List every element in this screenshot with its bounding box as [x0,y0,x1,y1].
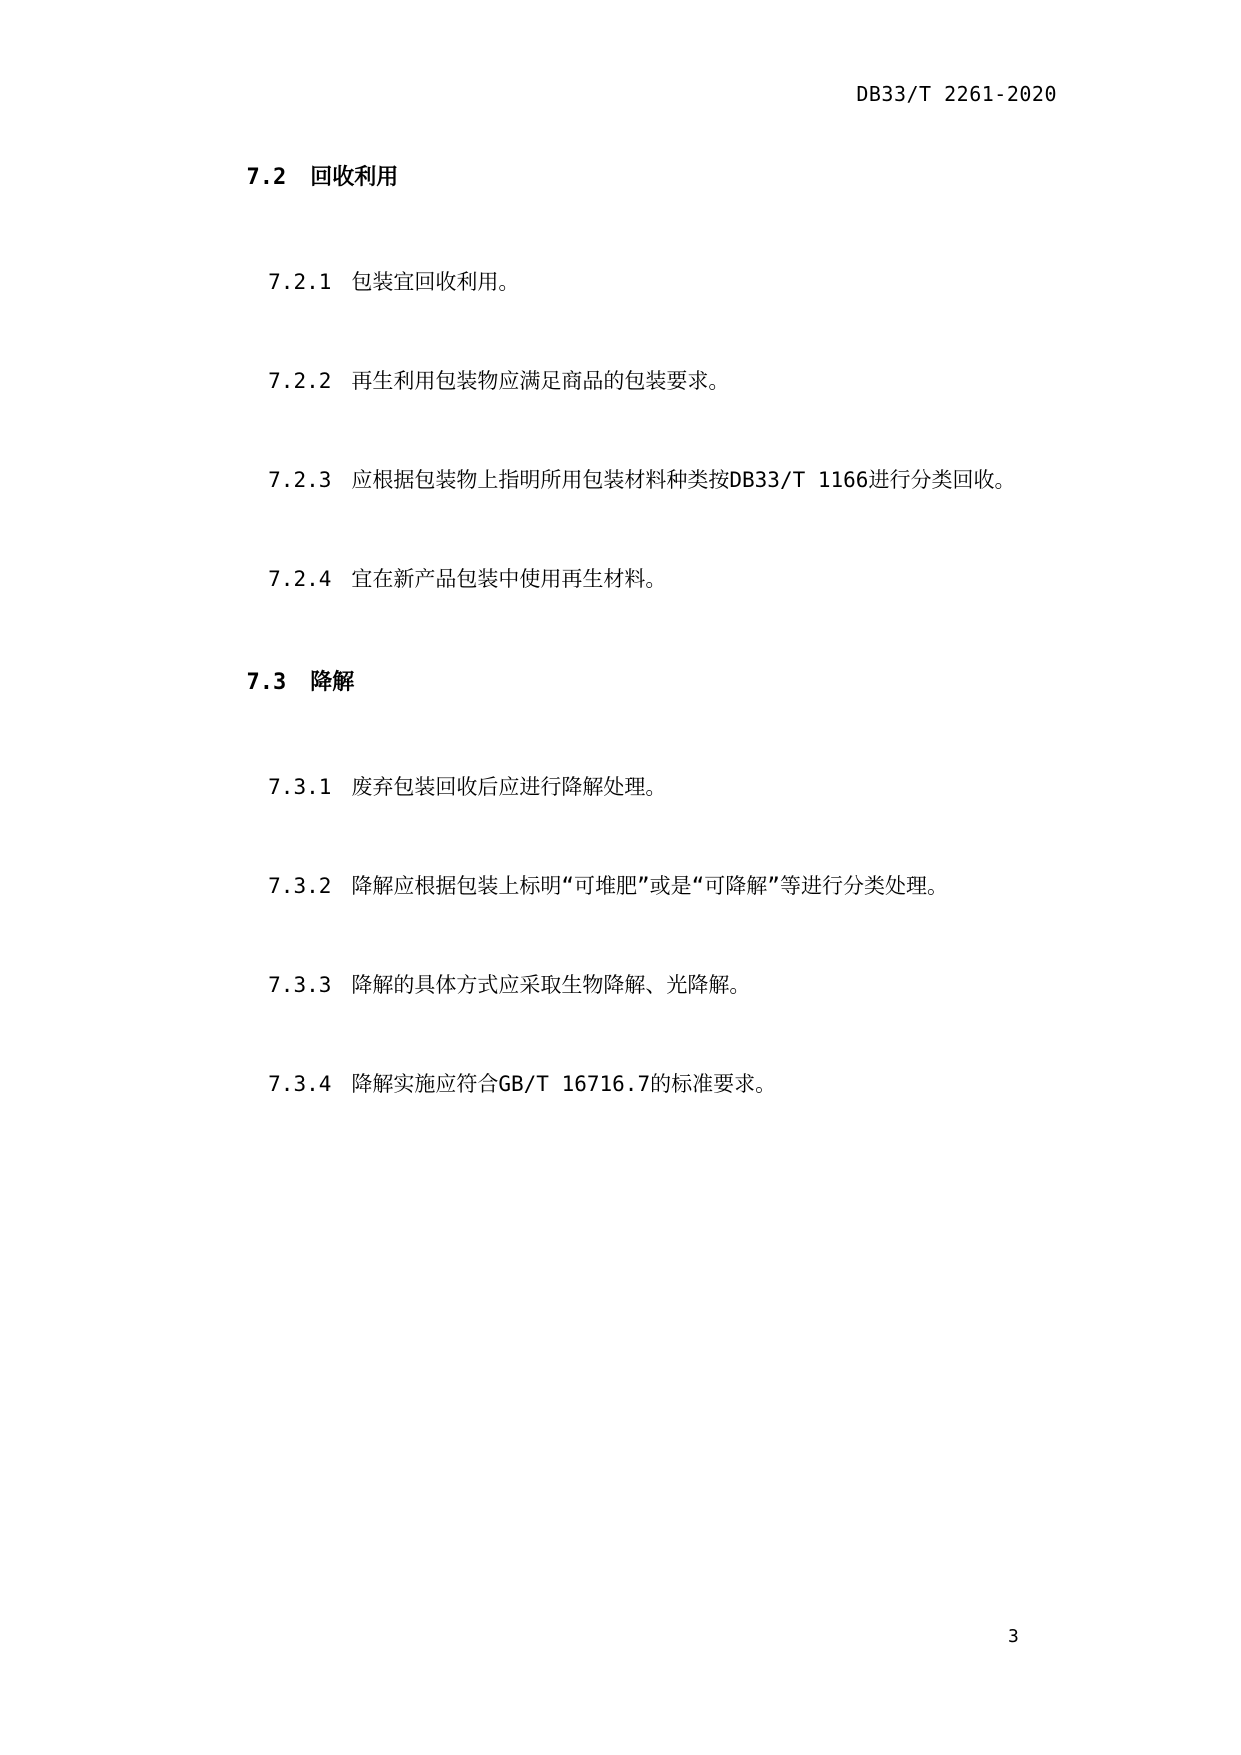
page-content: DB33/T 2261-2020 7.2回收利用 7.2.1包装宜回收利用。 7… [167,0,1057,1134]
clause-text: 降解的具体方式应采取生物降解、光降解。 [351,973,750,997]
clause-list-recycling: 7.2.1包装宜回收利用。 7.2.2再生利用包装物应满足商品的包装要求。 7.… [167,233,1057,629]
clause-number: 7.2.1 [268,266,331,299]
clause-row: 7.3.1废弃包装回收后应进行降解处理。 [167,738,1057,837]
clause-number: 7.3.4 [268,1068,331,1101]
document-number-header: DB33/T 2261-2020 [167,82,1057,106]
clause-list-degradation: 7.3.1废弃包装回收后应进行降解处理。 7.3.2降解应根据包装上标明“可堆肥… [167,738,1057,1134]
document-page: DB33/T 2261-2020 7.2回收利用 7.2.1包装宜回收利用。 7… [0,0,1241,1755]
clause-row: 7.2.3应根据包装物上指明所用包装材料种类按DB33/T 1166进行分类回收… [167,431,1057,530]
section-title: 降解 [310,670,354,695]
clause-text: 应根据包装物上指明所用包装材料种类按DB33/T 1166进行分类回收。 [351,468,1015,492]
section-number: 7.3 [246,669,286,697]
section-heading-degradation: 7.3降解 [167,641,1057,725]
clause-number: 7.2.3 [268,464,331,497]
section-heading-recycling: 7.2回收利用 [167,136,1057,220]
section-title: 回收利用 [310,165,398,190]
clause-number: 7.2.2 [268,365,331,398]
clause-row: 7.2.2再生利用包装物应满足商品的包装要求。 [167,332,1057,431]
clause-number: 7.3.2 [268,870,331,903]
clause-number: 7.3.1 [268,771,331,804]
page-number: 3 [1008,1626,1019,1648]
section-number: 7.2 [246,164,286,192]
clause-text: 再生利用包装物应满足商品的包装要求。 [351,369,729,393]
clause-text: 废弃包装回收后应进行降解处理。 [351,775,666,799]
clause-number: 7.3.3 [268,969,331,1002]
clause-row: 7.3.2降解应根据包装上标明“可堆肥”或是“可降解”等进行分类处理。 [167,837,1057,936]
clause-number: 7.2.4 [268,563,331,596]
clause-text: 降解应根据包装上标明“可堆肥”或是“可降解”等进行分类处理。 [351,874,948,898]
clause-row: 7.3.4降解实施应符合GB/T 16716.7的标准要求。 [167,1035,1057,1134]
clause-row: 7.2.1包装宜回收利用。 [167,233,1057,332]
clause-text: 包装宜回收利用。 [351,270,519,294]
clause-text: 降解实施应符合GB/T 16716.7的标准要求。 [351,1072,776,1096]
clause-row: 7.2.4宜在新产品包装中使用再生材料。 [167,530,1057,629]
clause-text: 宜在新产品包装中使用再生材料。 [351,567,666,591]
clause-row: 7.3.3降解的具体方式应采取生物降解、光降解。 [167,936,1057,1035]
